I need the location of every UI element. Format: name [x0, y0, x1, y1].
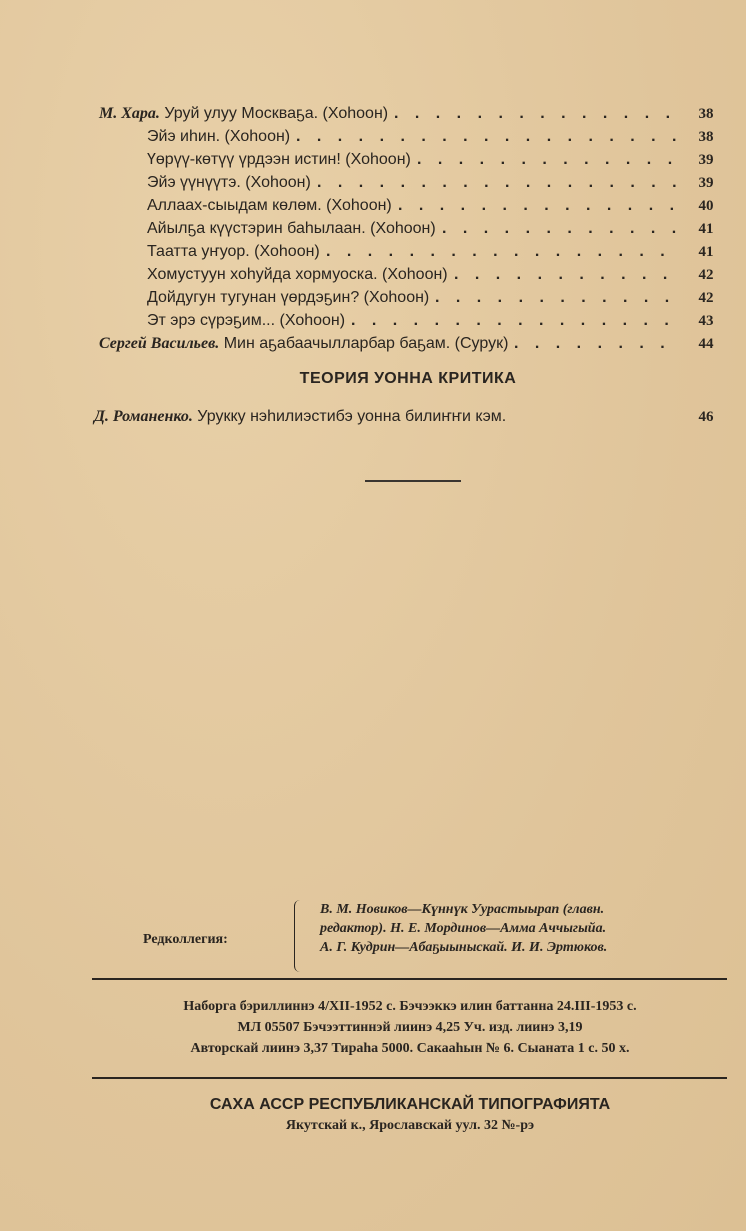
toc-entry-romanenko: Д. Романенко. Урукку нэһилиэстибэ уонна … — [0, 406, 746, 428]
entry-page-number: 43 — [694, 310, 718, 332]
toc-entry: Хомустуун хоһуйда хормуоска. (Хоһоон). .… — [0, 264, 746, 286]
dot-leader: . . . . . . . . . . . . . . . . . . . . … — [442, 218, 680, 240]
entry-title: Үөрүү-көтүү үрдээн истин! (Хоһоон) — [147, 151, 411, 168]
printer-name: САХА АССР РЕСПУБЛИКАНСКАЙ ТИПОГРАФИЯТА — [90, 1096, 730, 1114]
toc-entry: Эйэ иһин. (Хоһоон). . . . . . . . . . . … — [0, 126, 746, 148]
entry-page-number: 41 — [694, 241, 718, 263]
dot-leader: . . . . . . . . . . . . . . . . . . . . … — [296, 126, 680, 148]
dot-leader: . . . . . . . . . . . . . . . . . . . . … — [435, 287, 680, 309]
entry-title: Таатта уҥуор. (Хоһоон) — [147, 243, 320, 260]
entry-title: Эйэ үүнүүтэ. (Хоһоон) — [147, 174, 311, 191]
toc-entry: Айылҕа күүстэрин баһылаан. (Хоһоон). . .… — [0, 218, 746, 240]
entry-page-number: 44 — [694, 333, 718, 355]
dot-leader: . . . . . . . . . . . . . . . . . . . . … — [454, 264, 680, 286]
toc-entry: Таатта уҥуор. (Хоһоон). . . . . . . . . … — [0, 241, 746, 263]
entry-title: Айылҕа күүстэрин баһылаан. (Хоһоон) — [147, 220, 436, 237]
entry-title: Хомустуун хоһуйда хормуоска. (Хоһоон) — [147, 266, 448, 283]
entry-author: М. Хара. — [99, 105, 160, 122]
entry-author: Сергей Васильев. — [99, 335, 219, 352]
entry-page-number: 42 — [694, 264, 718, 286]
entry-page-number: 38 — [694, 126, 718, 148]
dot-leader: . . . . . . . . . . . . . . . . . . . . … — [351, 310, 680, 332]
entry-title: Эйэ иһин. (Хоһоон) — [147, 128, 290, 145]
imprint-line-1: Наборга бэриллиннэ 4/XII-1952 с. Бэчээкк… — [90, 999, 730, 1015]
dot-leader: . . . . . . . . . . . . . . . . . . . . … — [394, 103, 680, 125]
rule-bottom — [92, 1077, 727, 1079]
dot-leader: . . . . . . . . . . . . . . . . . . . . … — [326, 241, 680, 263]
brace-bracket — [294, 900, 305, 972]
entry-title: Эт эрэ сүрэҕим... (Хоһоон) — [147, 312, 345, 329]
entry-page-number: 39 — [694, 172, 718, 194]
entry-page-number: 39 — [694, 149, 718, 171]
dot-leader: . . . . . . . . . . . . . . . . . . . . … — [514, 333, 680, 355]
entry-page-number: 42 — [694, 287, 718, 309]
toc-entry: Аллаах-сыыдам көлөм. (Хоһоон). . . . . .… — [0, 195, 746, 217]
entry-author: Д. Романенко. — [94, 408, 193, 425]
toc-entry: М. Хара. Уруй улуу Москваҕа. (Хоһоон). .… — [0, 103, 746, 125]
entry-page-number: 41 — [694, 218, 718, 240]
entry-title: Дойдугун тугунан үөрдэҕин? (Хоһоон) — [147, 289, 429, 306]
editorial-board-label: Редколлегия: — [143, 932, 228, 948]
entry-title: Аллаах-сыыдам көлөм. (Хоһоон) — [147, 197, 392, 214]
entry-page-number: 46 — [694, 406, 718, 428]
book-page: М. Хара. Уруй улуу Москваҕа. (Хоһоон). .… — [0, 0, 746, 1231]
toc-entry: Сергей Васильев. Мин аҕабаачылларбар баҕ… — [0, 333, 746, 355]
entry-title: Уруй улуу Москваҕа. (Хоһоон) — [164, 105, 388, 122]
toc-entry: Эт эрэ сүрэҕим... (Хоһоон). . . . . . . … — [0, 310, 746, 332]
entry-page-number: 40 — [694, 195, 718, 217]
section-heading: ТЕОРИЯ УОННА КРИТИКА — [0, 370, 746, 388]
editorial-line: В. М. Новиков—Күннүк Уурастыырап (главн. — [320, 900, 740, 919]
printer-address: Якутскай к., Ярославскай уул. 32 №-рэ — [90, 1118, 730, 1134]
toc-entry: Эйэ үүнүүтэ. (Хоһоон). . . . . . . . . .… — [0, 172, 746, 194]
entry-title: Мин аҕабаачылларбар баҕам. (Сурук) — [224, 335, 509, 352]
dot-leader: . . . . . . . . . . . . . . . . . . . . … — [398, 195, 680, 217]
editorial-line: А. Г. Кудрин—Абаҕыыныскай. И. И. Эртюков… — [320, 938, 740, 957]
entry-page-number: 38 — [694, 103, 718, 125]
editorial-board-members: В. М. Новиков—Күннүк Уурастыырап (главн.… — [320, 900, 740, 957]
rule-top — [92, 978, 727, 980]
section-divider — [365, 480, 461, 482]
imprint-line-2: МЛ 05507 Бэчээттиннэй лиинэ 4,25 Уч. изд… — [90, 1020, 730, 1036]
dot-leader: . . . . . . . . . . . . . . . . . . . . … — [317, 172, 680, 194]
entry-title: Урукку нэһилиэстибэ уонна билиҥҥи кэм. — [197, 408, 506, 425]
toc-entry: Дойдугун тугунан үөрдэҕин? (Хоһоон). . .… — [0, 287, 746, 309]
dot-leader: . . . . . . . . . . . . . . . . . . . . … — [417, 149, 680, 171]
toc-entry: Үөрүү-көтүү үрдээн истин! (Хоһоон). . . … — [0, 149, 746, 171]
editorial-line: редактор). Н. Е. Мординов—Амма Аччыгыйа. — [320, 919, 740, 938]
imprint-line-3: Авторскай лиинэ 3,37 Тираһа 5000. Сакааһ… — [90, 1041, 730, 1057]
